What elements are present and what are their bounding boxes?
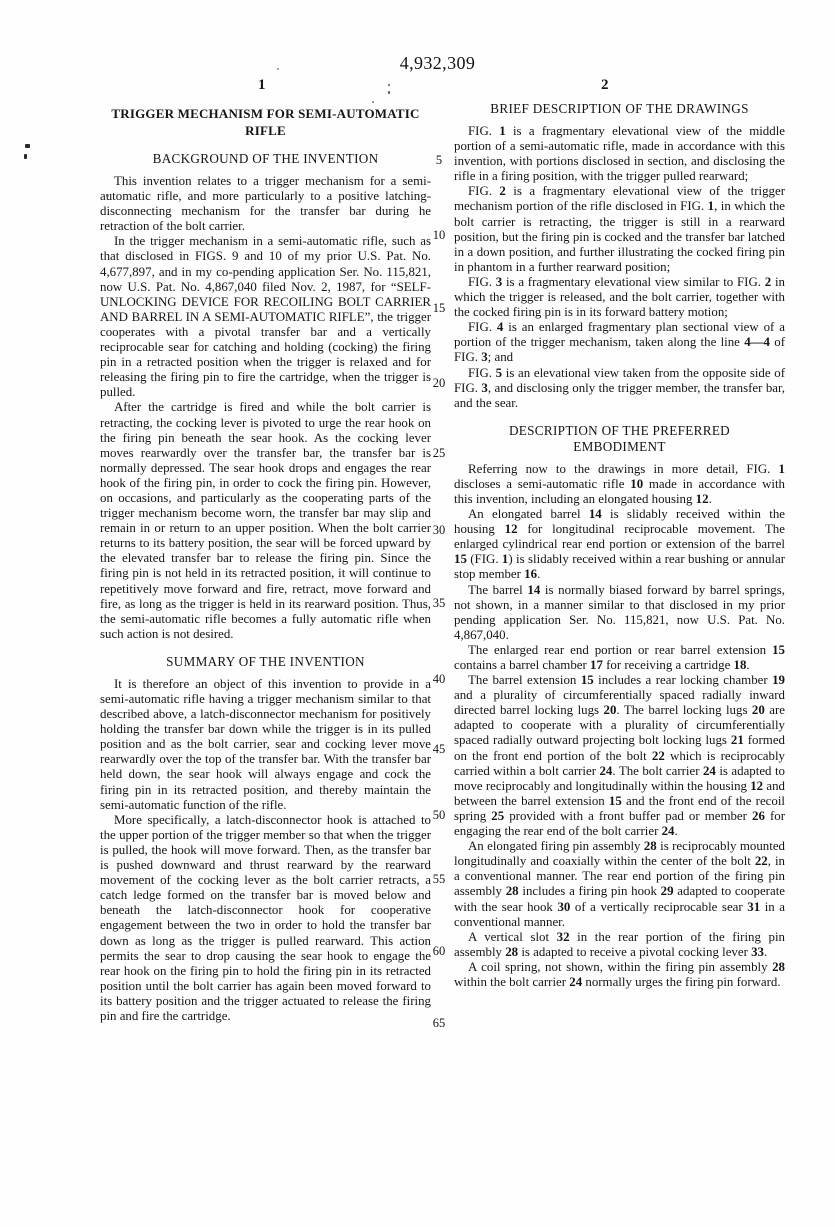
scan-artifact: [24, 154, 27, 159]
paragraph: An elongated barrel 14 is slidably recei…: [454, 507, 785, 582]
scan-artifact: [388, 91, 390, 94]
section-heading-summary: SUMMARY OF THE INVENTION: [100, 654, 431, 670]
paragraph: A vertical slot 32 in the rear portion o…: [454, 930, 785, 960]
line-number: 35: [428, 596, 450, 611]
paragraph: The barrel extension 15 includes a rear …: [454, 673, 785, 839]
line-number: 50: [428, 808, 450, 823]
patent-number: 4,932,309: [40, 53, 835, 74]
paragraph: FIG. 1 is a fragmentary elevational view…: [454, 124, 785, 184]
paragraph: The barrel 14 is normally biased forward…: [454, 583, 785, 643]
patent-page: 4,932,309 1 2 5 10 15 20 25 30 35 40 45 …: [0, 0, 835, 1227]
column-number-left: 1: [258, 77, 266, 94]
line-number: 10: [428, 228, 450, 243]
paragraph: An elongated firing pin assembly 28 is r…: [454, 839, 785, 930]
line-number: 55: [428, 872, 450, 887]
line-number: 40: [428, 672, 450, 687]
line-number: 15: [428, 301, 450, 316]
column-number-right: 2: [601, 77, 609, 94]
section-heading-description: DESCRIPTION OF THE PREFERRED EMBODIMENT: [489, 423, 751, 455]
paragraph: This invention relates to a trigger mech…: [100, 174, 431, 234]
paragraph: It is therefore an object of this invent…: [100, 677, 431, 813]
paragraph: FIG. 2 is a fragmentary elevational view…: [454, 184, 785, 275]
scan-artifact: [372, 101, 374, 103]
left-column: TRIGGER MECHANISM FOR SEMI-AUTOMATIC RIF…: [100, 106, 431, 1024]
line-number: 45: [428, 742, 450, 757]
scan-artifact: [388, 84, 390, 86]
paragraph: FIG. 3 is a fragmentary elevational view…: [454, 275, 785, 320]
line-number: 30: [428, 523, 450, 538]
paragraph: The enlarged rear end portion or rear ba…: [454, 643, 785, 673]
line-number: 25: [428, 446, 450, 461]
paragraph: In the trigger mechanism in a semi-autom…: [100, 234, 431, 400]
line-number: 60: [428, 944, 450, 959]
paragraph: FIG. 4 is an enlarged fragmentary plan s…: [454, 320, 785, 365]
paragraph: Referring now to the drawings in more de…: [454, 462, 785, 507]
scan-artifact: [106, 194, 109, 197]
section-heading-background: BACKGROUND OF THE INVENTION: [100, 151, 431, 167]
paragraph: A coil spring, not shown, within the fir…: [454, 960, 785, 990]
paragraph: FIG. 5 is an elevational view taken from…: [454, 366, 785, 411]
paragraph: More specifically, a latch-disconnector …: [100, 813, 431, 1024]
line-number: 65: [428, 1016, 450, 1031]
paragraph: After the cartridge is fired and while t…: [100, 400, 431, 642]
scan-artifact: [25, 144, 30, 148]
scan-artifact: [277, 68, 279, 70]
section-heading-drawings: BRIEF DESCRIPTION OF THE DRAWINGS: [454, 101, 785, 117]
line-number: 20: [428, 376, 450, 391]
line-number: 5: [428, 153, 450, 168]
right-column: BRIEF DESCRIPTION OF THE DRAWINGS FIG. 1…: [454, 101, 785, 990]
invention-title: TRIGGER MECHANISM FOR SEMI-AUTOMATIC RIF…: [100, 106, 431, 139]
